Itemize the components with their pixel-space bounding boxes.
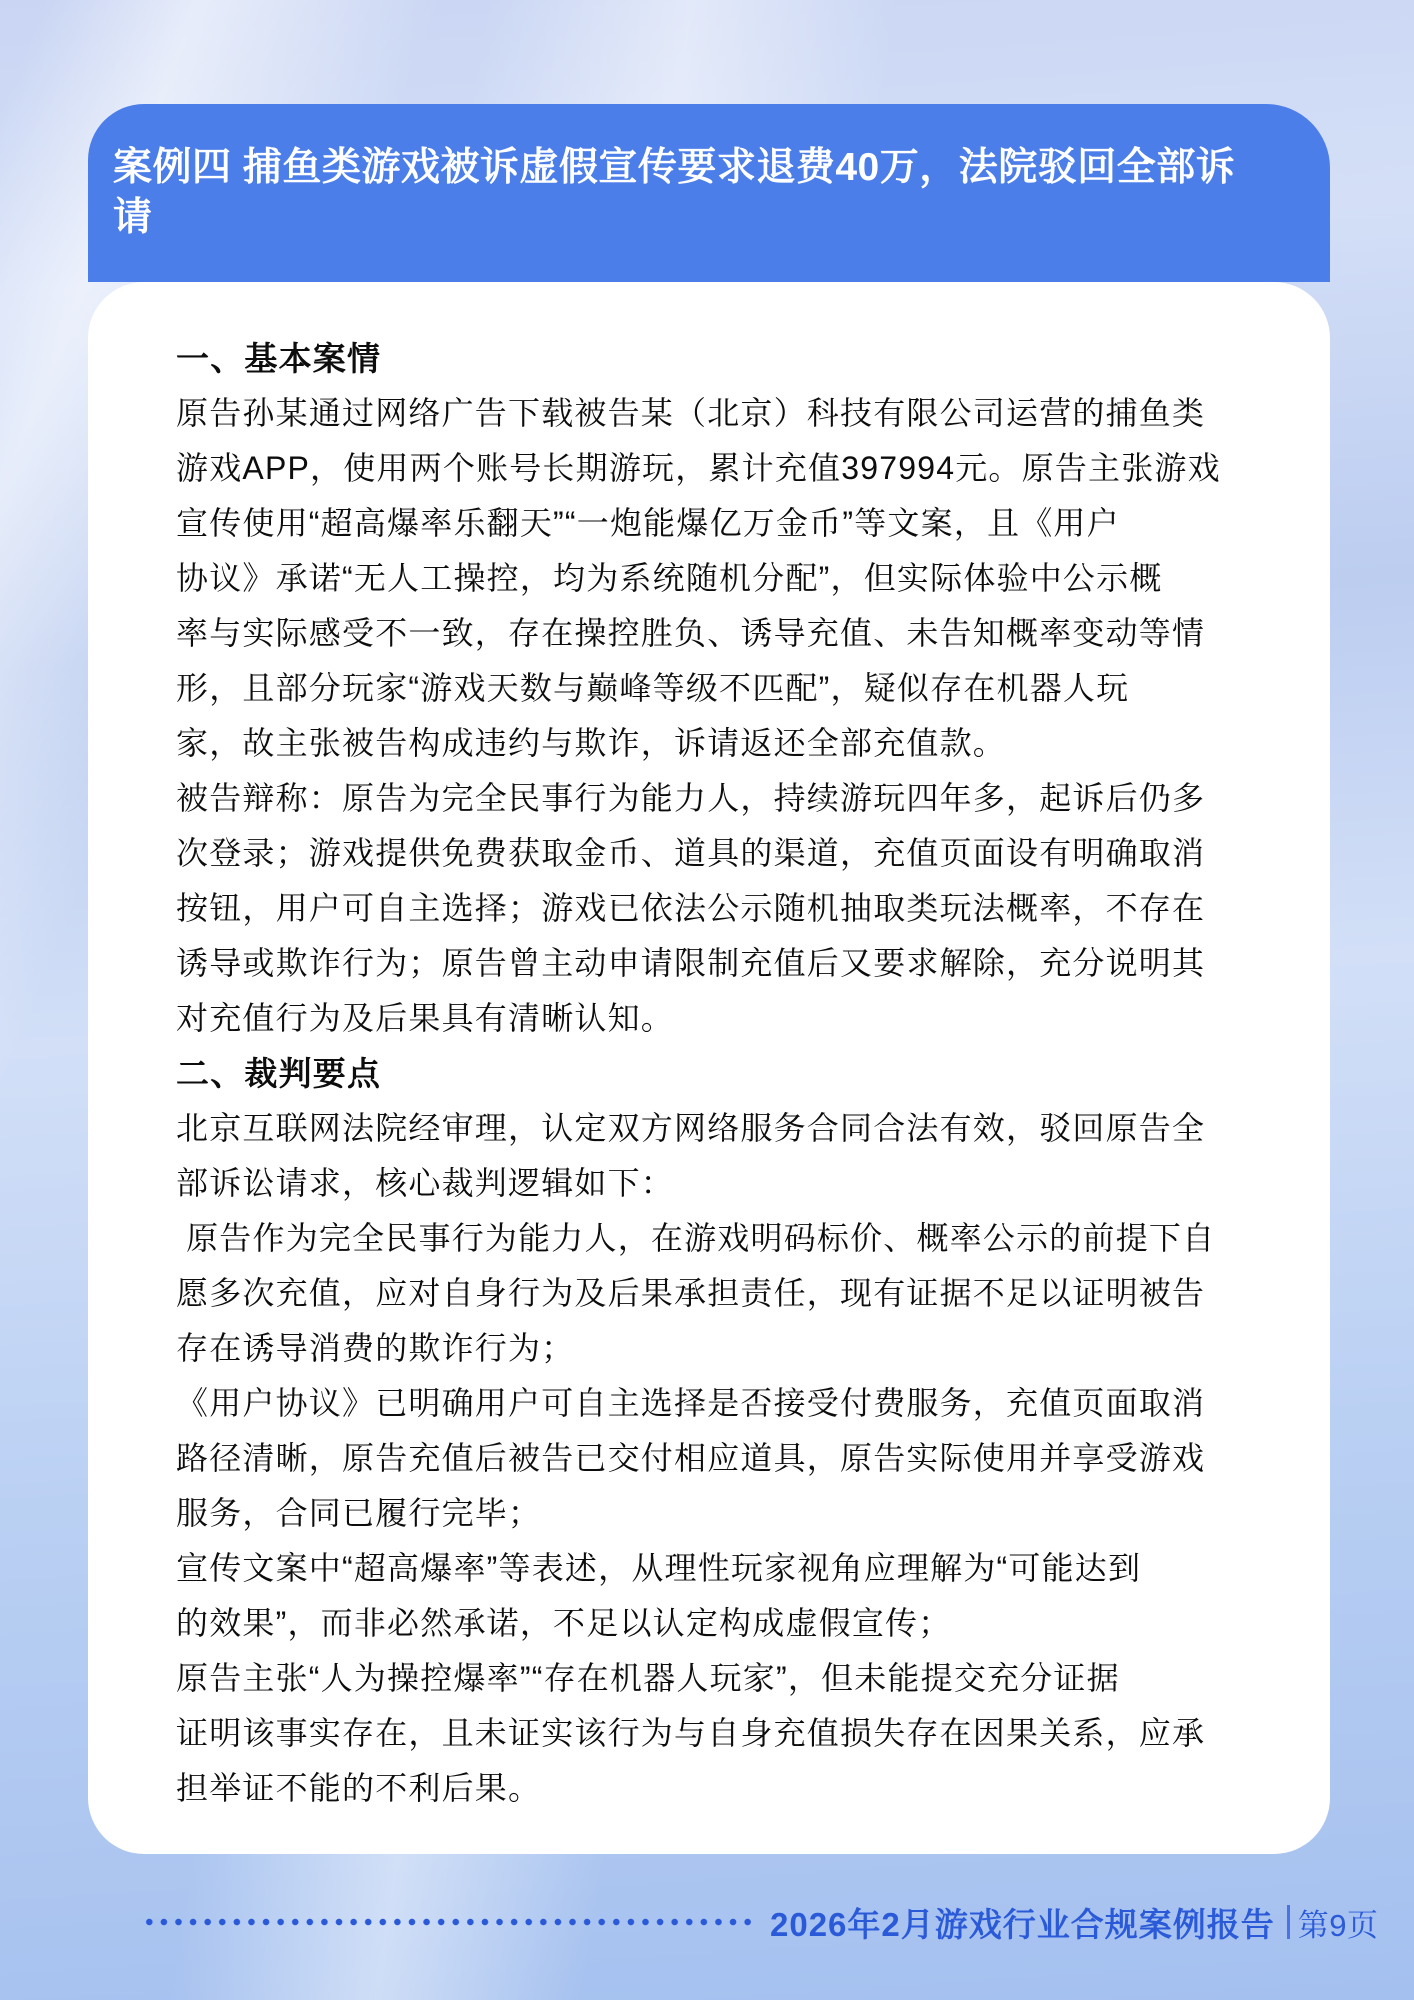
dotted-line — [142, 1915, 756, 1929]
body-line: 按钮，用户可自主选择；游戏已依法公示随机抽取类玩法概率，不存在 — [176, 881, 1260, 936]
body-line: 宣传文案中“超高爆率”等表述，从理性玩家视角应理解为“可能达到 — [176, 1541, 1260, 1596]
case-title: 案例四 捕鱼类游戏被诉虚假宣传要求退费40万，法院驳回全部诉请 — [113, 143, 1250, 243]
body-line: 原告孙某通过网络广告下载被告某（北京）科技有限公司运营的捕鱼类 — [176, 386, 1260, 441]
body-line: 家，故主张被告构成违约与欺诈，诉请返还全部充值款。 — [176, 716, 1260, 771]
body-line: 北京互联网法院经审理，认定双方网络服务合同合法有效，驳回原告全 — [176, 1101, 1260, 1156]
separator-bar — [1287, 1905, 1290, 1939]
body-line: 被告辩称：原告为完全民事行为能力人，持续游玩四年多，起诉后仍多 — [176, 771, 1260, 826]
body-line: 形，且部分玩家“游戏天数与巅峰等级不匹配”，疑似存在机器人玩 — [176, 661, 1260, 716]
body-line: 的效果”，而非必然承诺，不足以认定构成虚假宣传； — [176, 1596, 1260, 1651]
section-heading: 二、裁判要点 — [176, 1046, 1260, 1101]
body-line: 原告主张“人为操控爆率”“存在机器人玩家”，但未能提交充分证据 — [176, 1651, 1260, 1706]
report-title: 2026年2月游戏行业合规案例报告 — [770, 1899, 1275, 1946]
body-line: 宣传使用“超高爆率乐翻天”“一炮能爆亿万金币”等文案，且《用户 — [176, 496, 1260, 551]
body-line: 协议》承诺“无人工操控，均为系统随机分配”，但实际体验中公示概 — [176, 551, 1260, 606]
case-sheet: 案例四 捕鱼类游戏被诉虚假宣传要求退费40万，法院驳回全部诉请 一、基本案情原告… — [88, 104, 1330, 1854]
content-card: 一、基本案情原告孙某通过网络广告下载被告某（北京）科技有限公司运营的捕鱼类游戏A… — [88, 282, 1330, 1854]
body-line: 游戏APP，使用两个账号长期游玩，累计充值397994元。原告主张游戏 — [176, 441, 1260, 496]
page-number: 第9页 — [1298, 1900, 1379, 1945]
body-line: 愿多次充值，应对自身行为及后果承担责任，现有证据不足以证明被告 — [176, 1266, 1260, 1321]
body-line: 路径清晰，原告充值后被告已交付相应道具，原告实际使用并享受游戏 — [176, 1431, 1260, 1486]
body-line: 证明该事实存在，且未证实该行为与自身充值损失存在因果关系，应承 — [176, 1706, 1260, 1761]
body-line: 原告作为完全民事行为能力人，在游戏明码标价、概率公示的前提下自 — [176, 1211, 1260, 1266]
body-line: 部诉讼请求，核心裁判逻辑如下： — [176, 1156, 1260, 1211]
footer: 2026年2月游戏行业合规案例报告 第9页 — [142, 1896, 1379, 1948]
section-heading: 一、基本案情 — [176, 331, 1260, 386]
body-line: 率与实际感受不一致，存在操控胜负、诱导充值、未告知概率变动等情 — [176, 606, 1260, 661]
case-title-banner: 案例四 捕鱼类游戏被诉虚假宣传要求退费40万，法院驳回全部诉请 — [88, 104, 1330, 282]
body-line: 担举证不能的不利后果。 — [176, 1761, 1260, 1816]
body-line: 《用户协议》已明确用户可自主选择是否接受付费服务，充值页面取消 — [176, 1376, 1260, 1431]
report-page: { "colors": { "banner-blue": "#4b7ee9", … — [0, 0, 1414, 2000]
body-line: 存在诱导消费的欺诈行为； — [176, 1321, 1260, 1376]
body-line: 对充值行为及后果具有清晰认知。 — [176, 991, 1260, 1046]
body-line: 服务，合同已履行完毕； — [176, 1486, 1260, 1541]
body-line: 诱导或欺诈行为；原告曾主动申请限制充值后又要求解除，充分说明其 — [176, 936, 1260, 991]
case-content: 一、基本案情原告孙某通过网络广告下载被告某（北京）科技有限公司运营的捕鱼类游戏A… — [176, 331, 1260, 1816]
body-line: 次登录；游戏提供免费获取金币、道具的渠道，充值页面设有明确取消 — [176, 826, 1260, 881]
